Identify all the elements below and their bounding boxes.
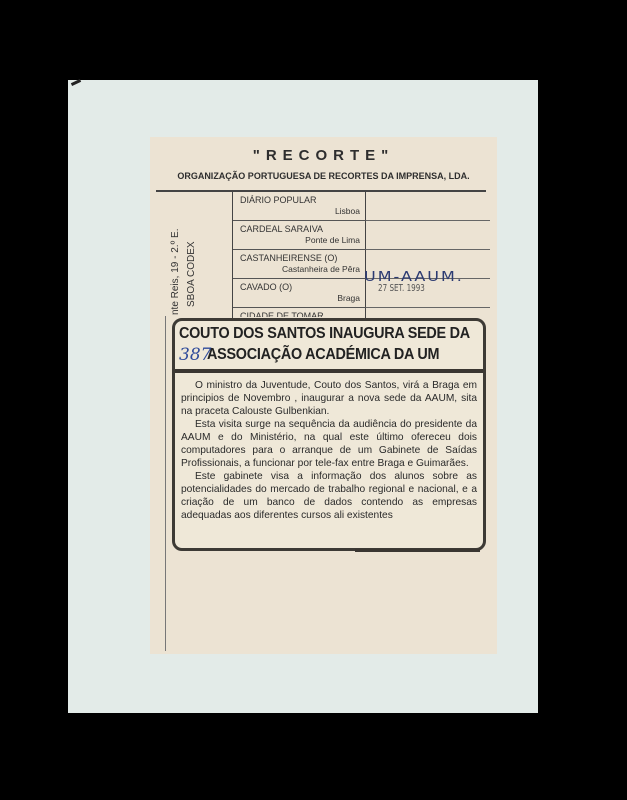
publication-place: Castanheira de Pêra xyxy=(282,264,360,274)
publication-name: DIÁRIO POPULAR xyxy=(240,195,317,205)
headline-line-2: ASSOCIAÇÃO ACADÉMICA DA UM xyxy=(207,346,439,364)
press-clipping: "RECORTE" ORGANIZAÇÃO PORTUGUESA DE RECO… xyxy=(150,137,497,654)
article-paragraph: Este gabinete visa a informação dos alun… xyxy=(181,470,477,522)
article-paragraph: Esta visita surge na sequência da audiên… xyxy=(181,418,477,470)
stamp-area-line xyxy=(366,307,490,308)
address-line-1: nte Reis, 19 - 2.º E. xyxy=(170,229,181,315)
stamp-area-line xyxy=(366,249,490,250)
publication-name: CARDEAL SARAIVA xyxy=(240,224,323,234)
news-article: COUTO DOS SANTOS INAUGURA SEDE DA 387 AS… xyxy=(172,318,486,551)
cutout-rule xyxy=(355,549,480,552)
stamp-area-line xyxy=(366,220,490,221)
headline-block: COUTO DOS SANTOS INAUGURA SEDE DA 387 AS… xyxy=(175,321,483,373)
publication-name: CASTANHEIRENSE (O) xyxy=(240,253,337,263)
address-line-2: SBOA CODEX xyxy=(186,241,197,307)
article-body: O ministro da Juventude, Couto dos Santo… xyxy=(181,379,477,522)
publication-row: DIÁRIO POPULAR Lisboa xyxy=(233,191,366,221)
publication-row: CAVADO (O) Braga xyxy=(233,278,366,308)
publication-row: CARDEAL SARAIVA Ponte de Lima xyxy=(233,220,366,250)
date-stamp: 27 SET. 1993 xyxy=(378,283,425,294)
clipping-agency-subtitle: ORGANIZAÇÃO PORTUGUESA DE RECORTES DA IM… xyxy=(150,171,497,181)
article-paragraph: O ministro da Juventude, Couto dos Santo… xyxy=(181,379,477,418)
headline-line-1: COUTO DOS SANTOS INAUGURA SEDE DA xyxy=(179,325,470,343)
publication-row: CASTANHEIRENSE (O) Castanheira de Pêra xyxy=(233,249,366,279)
publication-place: Braga xyxy=(337,293,360,303)
publication-place: Lisboa xyxy=(335,206,360,216)
publication-place: Ponte de Lima xyxy=(305,235,360,245)
clipping-agency-title: "RECORTE" xyxy=(150,147,497,164)
publication-name: CAVADO (O) xyxy=(240,282,292,292)
